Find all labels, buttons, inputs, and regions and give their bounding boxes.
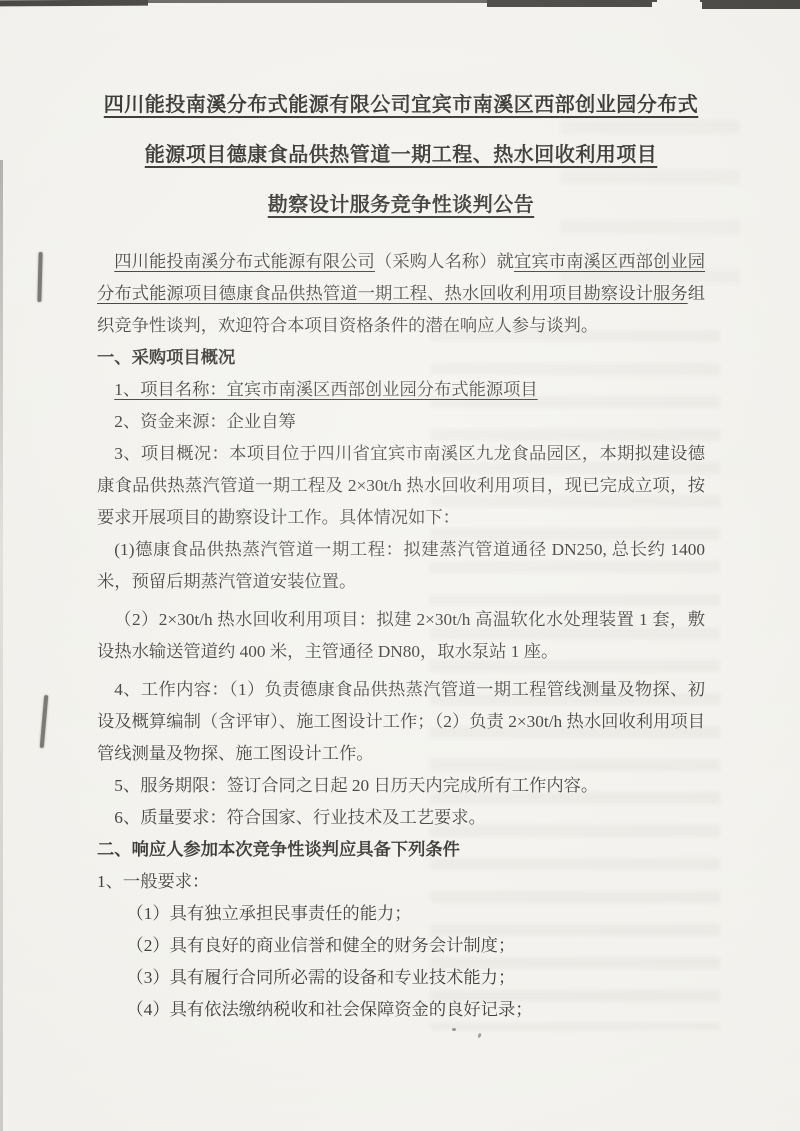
text: （4）具有依法缴纳税收和社会保障资金的良好记录； <box>126 1000 532 1019</box>
scan-edge-segment <box>700 0 800 9</box>
text: 3、项目概况：本项目位于四川省宜宾市南溪区九龙食品园区，本期拟建设德康食品供热蒸… <box>97 444 705 527</box>
paragraph-section-1-heading: 一、采购项目概况 <box>97 342 705 374</box>
paragraph-item-6: 6、质量要求：符合国家、行业技术及工艺要求。 <box>97 802 705 834</box>
scan-left-edge-artifact <box>0 160 3 1131</box>
scan-edge-segment <box>140 0 492 3</box>
scan-edge-notch <box>652 2 702 9</box>
text: 一、采购项目概况 <box>97 348 235 367</box>
paragraph-item-2: 2、资金来源：企业自筹 <box>97 406 705 438</box>
document-title: 四川能投南溪分布式能源有限公司宜宾市南溪区西部创业园分布式能源项目德康食品供热管… <box>97 80 705 230</box>
underlined-text: 四川能投南溪分布式能源有限公司 <box>114 252 375 271</box>
text: 二、响应人参加本次竞争性谈判应具备下列条件 <box>97 840 460 859</box>
paragraph-item-4: 4、工作内容：（1）负责德康食品供热蒸汽管道一期工程管线测量及物探、初设及概算编… <box>97 674 705 770</box>
speck-artifact <box>452 1028 456 1031</box>
paragraph-general-req-3: （3）具有履行合同所必需的设备和专业技术能力； <box>97 962 705 994</box>
underlined-text: 1、项目名称：宜宾市南溪区西部创业园分布式能源项目 <box>114 380 537 399</box>
pen-mark-artifact <box>37 252 42 302</box>
title-line-1: 四川能投南溪分布式能源有限公司宜宾市南溪区西部创业园分布式 <box>97 80 705 130</box>
paragraph-general-req-2: （2）具有良好的商业信誉和健全的财务会计制度； <box>97 930 705 962</box>
title-line-3: 勘察设计服务竞争性谈判公告 <box>97 180 705 230</box>
scan-edge-segment <box>0 0 148 6</box>
paragraph-item-1: 1、项目名称：宜宾市南溪区西部创业园分布式能源项目 <box>97 374 705 406</box>
pen-mark-artifact <box>40 695 49 748</box>
document: 四川能投南溪分布式能源有限公司宜宾市南溪区西部创业园分布式能源项目德康食品供热管… <box>97 80 705 1026</box>
scanned-page: 四川能投南溪分布式能源有限公司宜宾市南溪区西部创业园分布式能源项目德康食品供热管… <box>0 0 800 1131</box>
text: 2、资金来源：企业自筹 <box>114 412 295 431</box>
text: 6、质量要求：符合国家、行业技术及工艺要求。 <box>114 808 486 827</box>
text: 1、一般要求： <box>97 872 209 891</box>
paragraph-item-3-sub-1: (1)德康食品供热蒸汽管道一期工程：拟建蒸汽管道通径 DN250, 总长约 14… <box>97 534 705 598</box>
text: 4、工作内容：（1）负责德康食品供热蒸汽管道一期工程管线测量及物探、初设及概算编… <box>97 680 705 763</box>
paragraph-general-req-4: （4）具有依法缴纳税收和社会保障资金的良好记录； <box>97 994 705 1026</box>
text: （2）2×30t/h 热水回收利用项目：拟建 2×30t/h 高温软化水处理装置… <box>97 610 705 661</box>
text: （1）具有独立承担民事责任的能力； <box>126 904 411 923</box>
paragraph-section-2-heading: 二、响应人参加本次竞争性谈判应具备下列条件 <box>97 834 705 866</box>
paragraph-general-req: 1、一般要求： <box>97 866 705 898</box>
text: （采购人名称）就 <box>375 252 514 271</box>
text: 5、服务期限：签订合同之日起 20 日历天内完成所有工作内容。 <box>114 776 598 795</box>
paragraph-general-req-1: （1）具有独立承担民事责任的能力； <box>97 898 705 930</box>
paragraph-item-3: 3、项目概况：本项目位于四川省宜宾市南溪区九龙食品园区，本期拟建设德康食品供热蒸… <box>97 438 705 534</box>
document-body: 四川能投南溪分布式能源有限公司（采购人名称）就宜宾市南溪区西部创业园分布式能源项… <box>97 246 705 1026</box>
text: (1)德康食品供热蒸汽管道一期工程：拟建蒸汽管道通径 DN250, 总长约 14… <box>97 540 705 591</box>
text: （2）具有良好的商业信誉和健全的财务会计制度； <box>126 936 515 955</box>
scan-top-edge-artifact <box>0 0 800 12</box>
paragraph-intro: 四川能投南溪分布式能源有限公司（采购人名称）就宜宾市南溪区西部创业园分布式能源项… <box>97 246 705 342</box>
speck-artifact <box>477 1033 482 1039</box>
text: （3）具有履行合同所必需的设备和专业技术能力； <box>126 968 515 987</box>
paragraph-item-3-sub-2: （2）2×30t/h 热水回收利用项目：拟建 2×30t/h 高温软化水处理装置… <box>97 604 705 668</box>
paragraph-item-5: 5、服务期限：签订合同之日起 20 日历天内完成所有工作内容。 <box>97 770 705 802</box>
scan-edge-segment <box>487 0 657 7</box>
title-line-2: 能源项目德康食品供热管道一期工程、热水回收利用项目 <box>97 130 705 180</box>
